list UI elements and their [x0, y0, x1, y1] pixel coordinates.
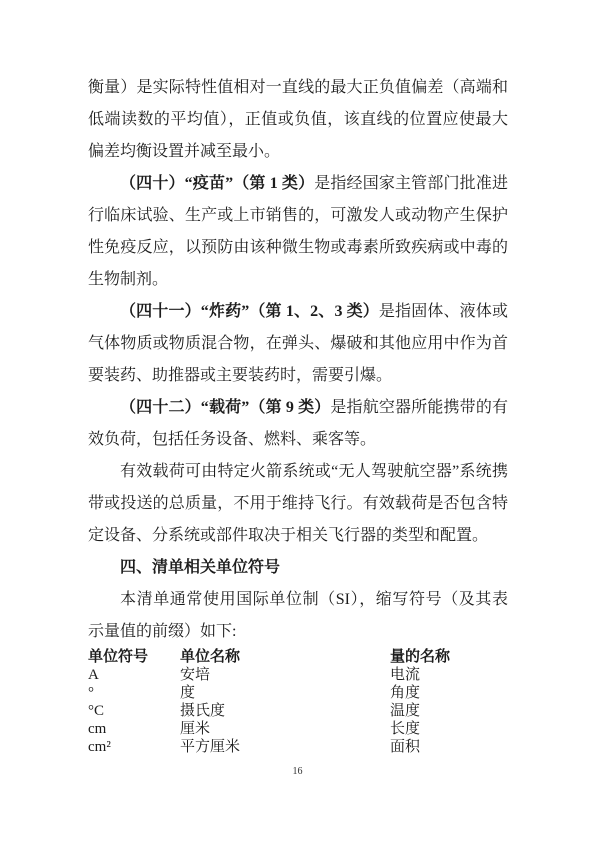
definition-paragraph-42: （四十二）“载荷”（第 9 类）是指航空器所能携带的有效负荷，包括任务设备、燃料…: [88, 392, 508, 456]
table-cell-quantity: 电流: [390, 666, 420, 684]
table-cell-symbol: A: [88, 666, 99, 684]
units-table-header-row: 单位符号 单位名称 量的名称: [88, 648, 508, 666]
table-header-unit-symbol: 单位符号: [88, 648, 148, 666]
table-cell-quantity: 角度: [390, 684, 420, 702]
table-cell-symbol: °: [88, 684, 94, 702]
table-row: °C 摄氏度 温度: [88, 702, 508, 720]
table-row: ° 度 角度: [88, 684, 508, 702]
table-cell-unit-name: 厘米: [180, 720, 210, 738]
page-body-text: 衡量）是实际特性值相对一直线的最大正负值偏差（高端和低端读数的平均值），正值或负…: [88, 72, 508, 756]
document-page: 衡量）是实际特性值相对一直线的最大正负值偏差（高端和低端读数的平均值），正值或负…: [0, 0, 595, 841]
table-row: A 安培 电流: [88, 666, 508, 684]
section-heading: 四、清单相关单位符号: [88, 552, 508, 584]
table-cell-unit-name: 摄氏度: [180, 702, 225, 720]
table-cell-unit-name: 安培: [180, 666, 210, 684]
table-cell-symbol: cm: [88, 720, 106, 738]
units-intro-paragraph: 本清单通常使用国际单位制（SI），缩写符号（及其表示量值的前缀）如下:: [88, 584, 508, 648]
table-row: cm 厘米 长度: [88, 720, 508, 738]
table-cell-symbol: °C: [88, 702, 104, 720]
table-header-quantity-name: 量的名称: [390, 648, 450, 666]
table-cell-unit-name: 度: [180, 684, 195, 702]
page-number: 16: [0, 766, 595, 778]
table-cell-symbol: cm²: [88, 738, 111, 756]
definition-paragraph-40: （四十）“疫苗”（第 1 类）是指经国家主管部门批准进行临床试验、生产或上市销售…: [88, 168, 508, 296]
table-cell-quantity: 面积: [390, 738, 420, 756]
definition-paragraph-41: （四十一）“炸药”（第 1、2、3 类）是指固体、液体或气体物质或物质混合物，在…: [88, 296, 508, 392]
paragraph-continuation: 衡量）是实际特性值相对一直线的最大正负值偏差（高端和低端读数的平均值），正值或负…: [88, 72, 508, 168]
units-table: 单位符号 单位名称 量的名称 A 安培 电流 ° 度 角度 °C 摄氏度 温度 …: [88, 648, 508, 756]
definition-term-40: （四十）“疫苗”（第 1 类）: [120, 175, 314, 192]
table-cell-quantity: 长度: [390, 720, 420, 738]
table-header-unit-name: 单位名称: [180, 648, 240, 666]
table-cell-quantity: 温度: [390, 702, 420, 720]
table-cell-unit-name: 平方厘米: [180, 738, 240, 756]
definition-term-42: （四十二）“载荷”（第 9 类）: [120, 399, 330, 416]
table-row: cm² 平方厘米 面积: [88, 738, 508, 756]
definition-term-41: （四十一）“炸药”（第 1、2、3 类）: [120, 303, 379, 320]
payload-note-paragraph: 有效载荷可由特定火箭系统或“无人驾驶航空器”系统携带或投送的总质量，不用于维持飞…: [88, 456, 508, 552]
